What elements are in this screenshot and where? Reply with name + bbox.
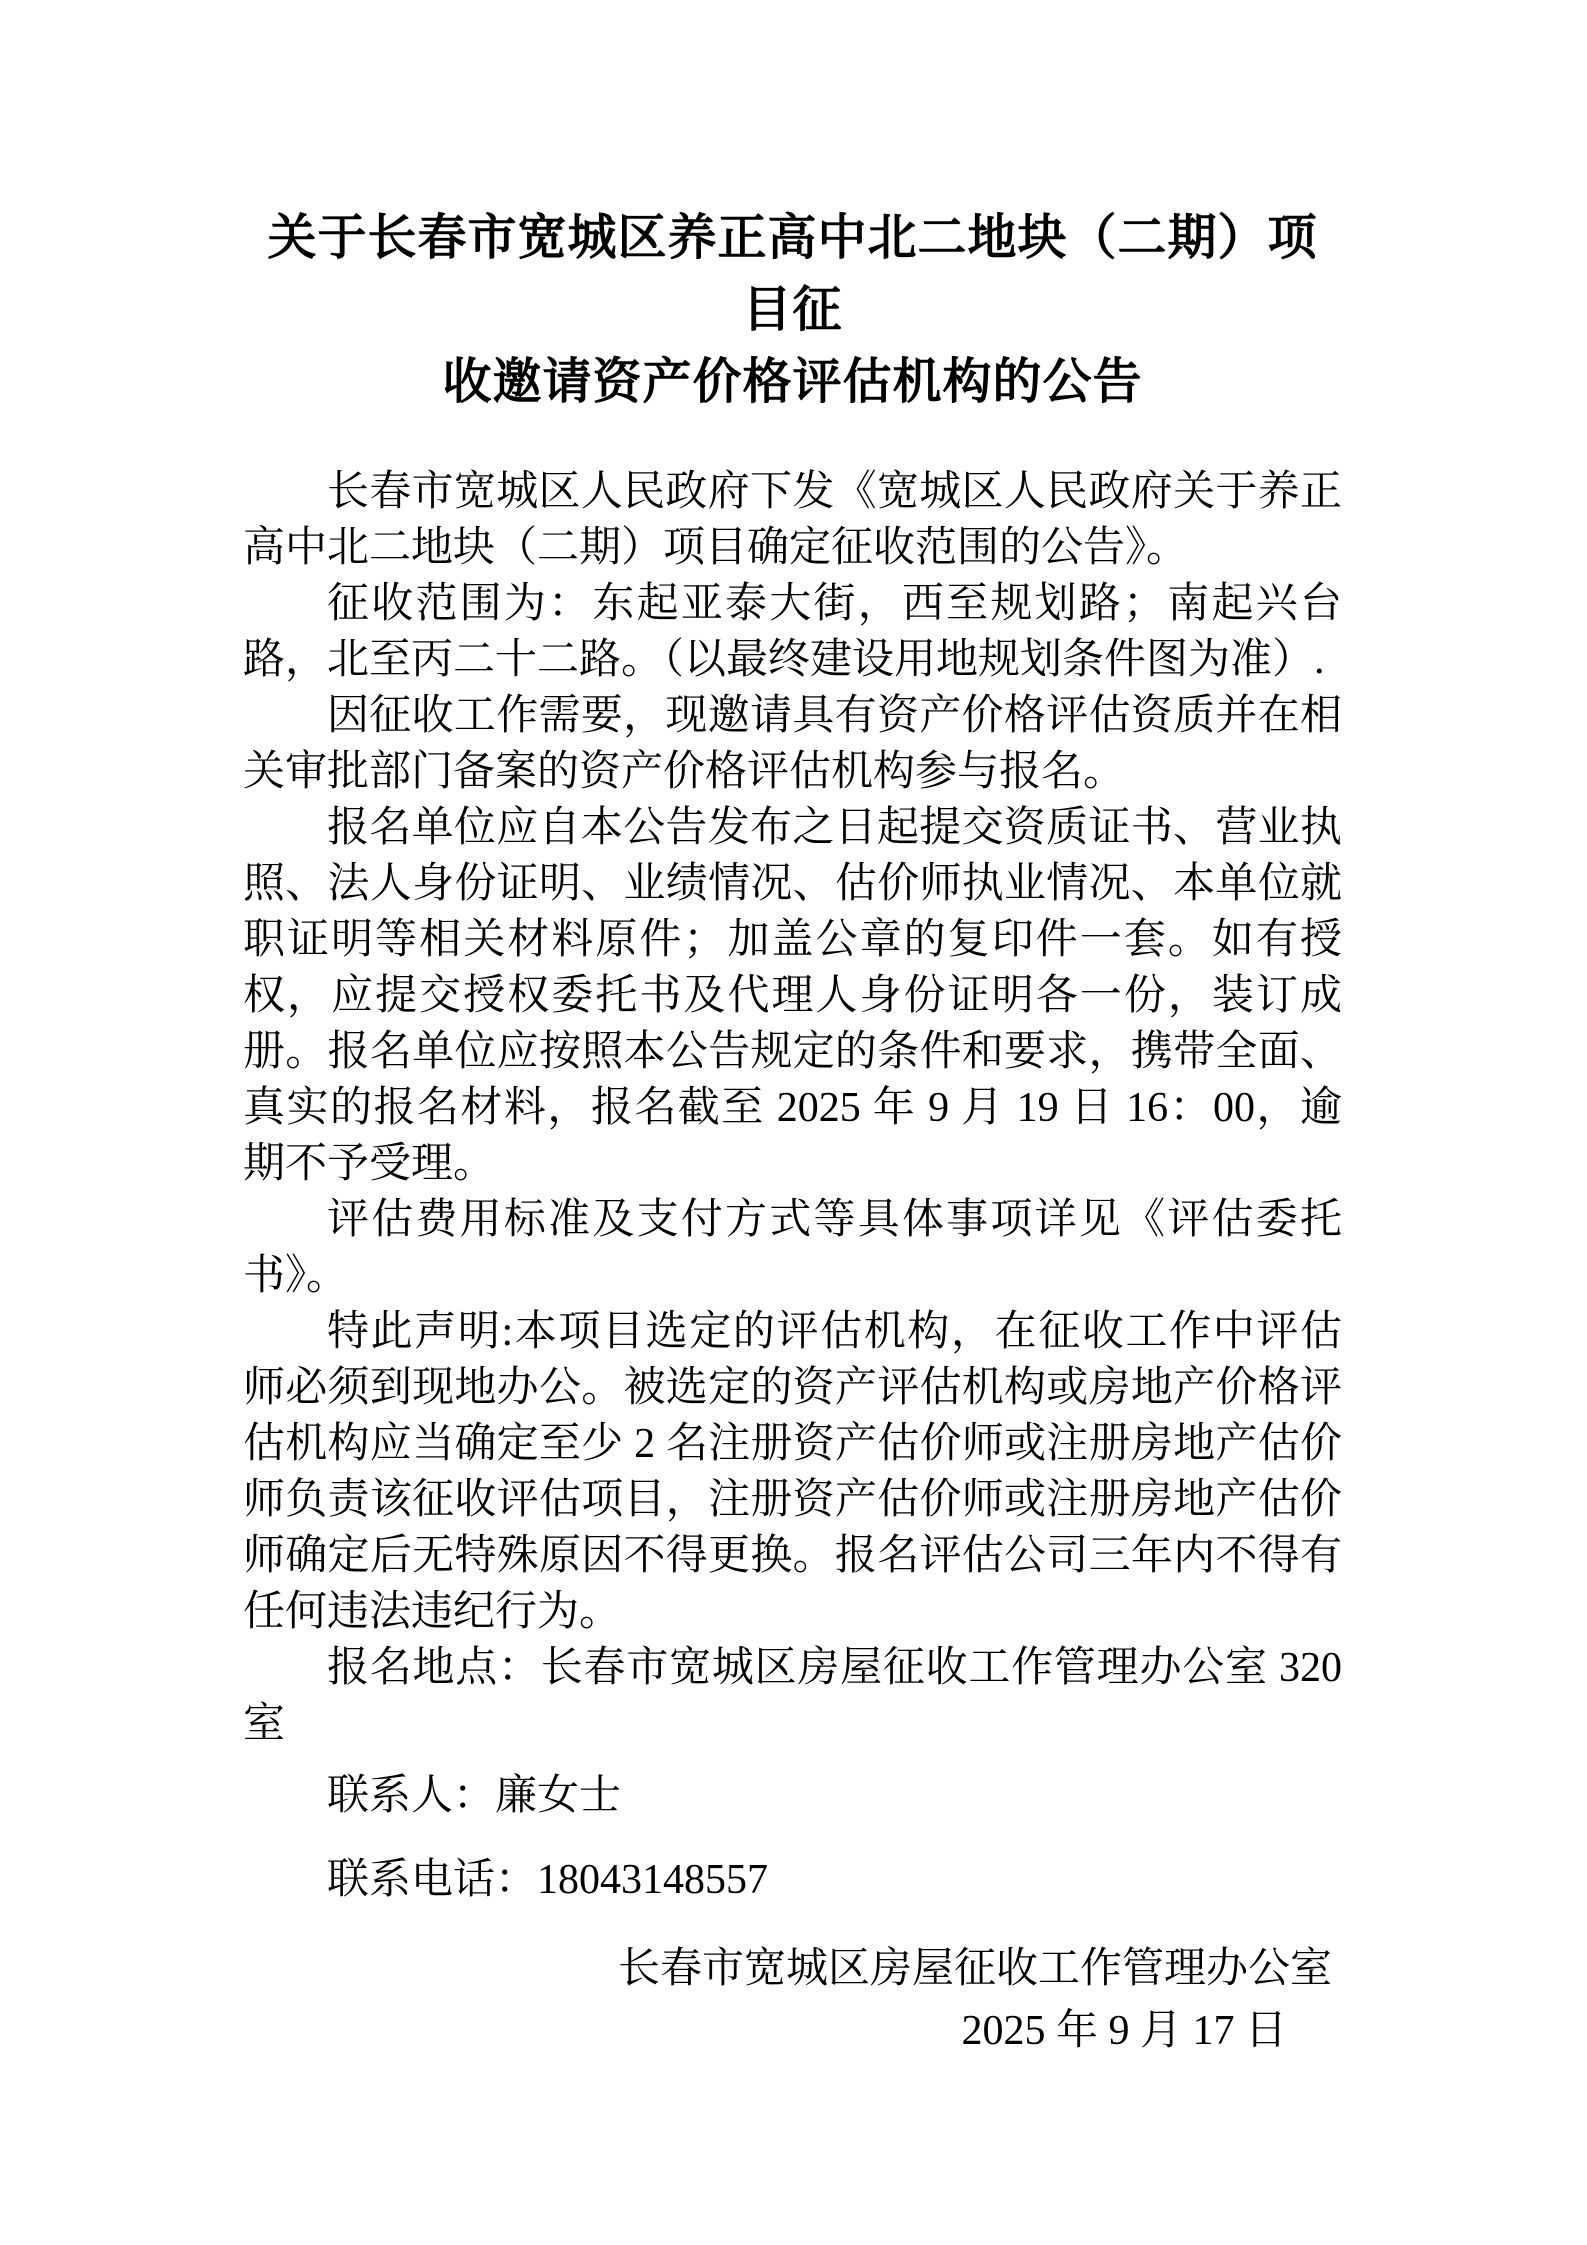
paragraph-declaration: 特此声明:本项目选定的评估机构，在征收工作中评估师必须到现地办公。被选定的资产评… bbox=[243, 1304, 1342, 1640]
paragraph-fee-standard: 评估费用标准及支付方式等具体事项详见《评估委托书》。 bbox=[243, 1192, 1342, 1304]
paragraph-invitation: 因征收工作需要，现邀请具有资产价格评估资质并在相关审批部门备案的资产价格评估机构… bbox=[243, 688, 1342, 800]
signature-date: 2025 年 9 月 17 日 bbox=[243, 2000, 1342, 2062]
signature-block: 长春市宽城区房屋征收工作管理办公室 2025 年 9 月 17 日 bbox=[243, 1938, 1342, 2062]
document-title: 关于长春市宽城区养正高中北二地块（二期）项目征 收邀请资产价格评估机构的公告 bbox=[243, 202, 1342, 418]
signature-organization: 长春市宽城区房屋征收工作管理办公室 bbox=[243, 1938, 1342, 2000]
document-page: 关于长春市宽城区养正高中北二地块（二期）项目征 收邀请资产价格评估机构的公告 长… bbox=[0, 0, 1587, 2245]
paragraph-application-materials: 报名单位应自本公告发布之日起提交资质证书、营业执照、法人身份证明、业绩情况、估价… bbox=[243, 800, 1342, 1192]
document-body: 长春市宽城区人民政府下发《宽城区人民政府关于养正高中北二地块（二期）项目确定征收… bbox=[243, 464, 1342, 2062]
paragraph-notice-issued: 长春市宽城区人民政府下发《宽城区人民政府关于养正高中北二地块（二期）项目确定征收… bbox=[243, 464, 1342, 576]
paragraph-application-location: 报名地点：长春市宽城区房屋征收工作管理办公室 320 室 bbox=[243, 1640, 1342, 1752]
contact-phone-line: 联系电话：18043148557 bbox=[243, 1852, 1342, 1908]
document-title-line-2: 收邀请资产价格评估机构的公告 bbox=[243, 346, 1342, 418]
document-title-line-1: 关于长春市宽城区养正高中北二地块（二期）项目征 bbox=[243, 202, 1342, 346]
contact-person-line: 联系人：廉女士 bbox=[243, 1768, 1342, 1824]
paragraph-expropriation-scope: 征收范围为：东起亚泰大街，西至规划路；南起兴台路，北至丙二十二路。（以最终建设用… bbox=[243, 576, 1342, 688]
